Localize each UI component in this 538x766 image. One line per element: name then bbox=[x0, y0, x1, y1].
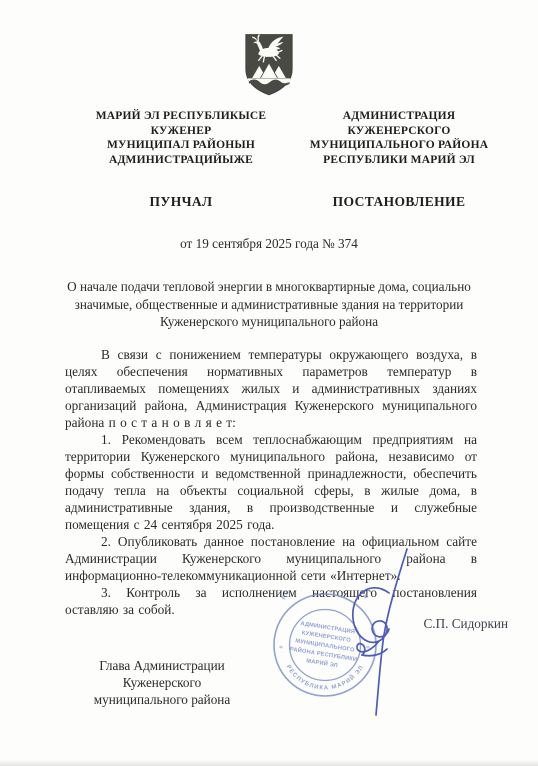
coat-of-arms-svg bbox=[243, 33, 295, 97]
signer-position-line: Куженерского bbox=[76, 674, 248, 691]
signature-svg bbox=[329, 543, 419, 723]
org-name-mari: МАРИЙ ЭЛ РЕСПУБЛИКЫСЕ КУЖЕНЕР МУНИЦИПАЛ … bbox=[72, 109, 290, 167]
signer-position: Глава Администрации Куженерского муницип… bbox=[76, 657, 248, 708]
org-rus-line: РЕСПУБЛИКИ МАРИЙ ЭЛ bbox=[290, 153, 508, 168]
org-header-row: МАРИЙ ЭЛ РЕСПУБЛИКЫСЕ КУЖЕНЕР МУНИЦИПАЛ … bbox=[0, 109, 538, 167]
signer-position-line: муниципального района bbox=[76, 691, 248, 708]
paragraph-preamble: В связи с понижением температуры окружаю… bbox=[65, 346, 477, 431]
paragraph-item-1: 1. Рекомендовать всем теплоснабжающим пр… bbox=[65, 431, 477, 533]
doc-title: О начале подачи тепловой энергии в много… bbox=[38, 278, 500, 331]
signer-name: С.П. Сидоркин bbox=[424, 616, 508, 632]
org-rus-line: АДМИНИСТРАЦИЯ bbox=[290, 109, 508, 124]
org-mari-line: АДМИНИСТРАЦИЙЫЖЕ bbox=[72, 153, 290, 168]
doc-date-number: от 19 сентября 2025 года № 374 bbox=[0, 236, 538, 252]
org-rus-line: МУНИЦИПАЛЬНОГО РАЙОНА bbox=[290, 138, 508, 153]
org-mari-line: МАРИЙ ЭЛ РЕСПУБЛИКЫСЕ bbox=[72, 109, 290, 124]
stamp-star-left: * bbox=[279, 644, 283, 653]
coat-of-arms-icon bbox=[243, 33, 295, 97]
signature-row: Глава Администрации Куженерского муницип… bbox=[0, 657, 538, 708]
org-name-russian: АДМИНИСТРАЦИЯ КУЖЕНЕРСКОГО МУНИЦИПАЛЬНОГ… bbox=[290, 109, 508, 167]
org-mari-line: МУНИЦИПАЛ РАЙОНЫН bbox=[72, 138, 290, 153]
org-rus-line: КУЖЕНЕРСКОГО bbox=[290, 124, 508, 139]
signer-position-line: Глава Администрации bbox=[76, 657, 248, 674]
doc-type-russian: ПОСТАНОВЛЕНИЕ bbox=[290, 194, 508, 210]
scan-edge-artifact bbox=[0, 760, 538, 766]
scanned-decree-page: МАРИЙ ЭЛ РЕСПУБЛИКЫСЕ КУЖЕНЕР МУНИЦИПАЛ … bbox=[0, 0, 538, 766]
org-mari-line: КУЖЕНЕР bbox=[72, 124, 290, 139]
doc-body: В связи с понижением температуры окружаю… bbox=[0, 346, 538, 618]
handwritten-signature bbox=[329, 543, 419, 723]
doc-type-mari: ПУНЧАЛ bbox=[72, 194, 290, 210]
doc-type-row: ПУНЧАЛ ПОСТАНОВЛЕНИЕ bbox=[0, 194, 538, 210]
